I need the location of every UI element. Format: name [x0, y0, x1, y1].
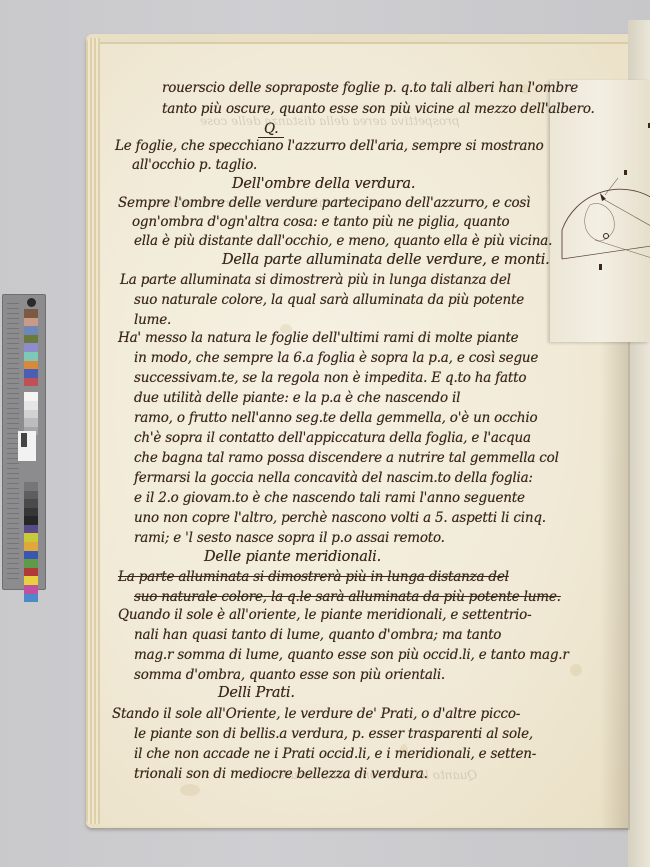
manuscript-line: nali han quasi tanto di lume, quanto d'o…	[134, 627, 501, 643]
manuscript-line: rami; e 'l sesto nasce sopra il p.o assa…	[134, 530, 445, 546]
manuscript-line: Ha' messo la natura le foglie dell'ultim…	[118, 330, 518, 346]
manuscript-line: e il 2.o giovam.to è che nascendo tali r…	[134, 490, 525, 506]
manuscript-line: in modo, che sempre la 6.a foglia è sopr…	[134, 350, 538, 366]
manuscript-line: ogn'ombra d'ogn'altra cosa: e tanto più …	[132, 214, 509, 230]
manuscript-line: ella è più distante dall'occhio, e meno,…	[134, 233, 552, 249]
manuscript-line: Sempre l'ombre delle verdure partecipano…	[118, 195, 530, 211]
manuscript-line: suo naturale colore, la qual sarà allumi…	[134, 292, 524, 308]
manuscript-line: uno non copre l'altro, perchè nascono vo…	[134, 510, 546, 526]
manuscript-line: che bagna tal ramo possa discendere a nu…	[134, 450, 559, 466]
manuscript-line: rouerscio delle sopraposte foglie p. q.t…	[162, 80, 578, 96]
manuscript-line: trionali son di mediocre bellezza di ver…	[134, 766, 428, 782]
manuscript-text: rouerscio delle sopraposte foglie p. q.t…	[0, 0, 650, 867]
manuscript-line: tanto più oscure, quanto esse son più vi…	[162, 101, 595, 117]
manuscript-line: due utilità delle piante: e la p.a è che…	[134, 390, 460, 406]
section-heading: Delli Prati.	[218, 685, 295, 701]
section-heading: Della parte alluminata delle verdure, e …	[222, 252, 550, 268]
section-heading: Delle piante meridionali.	[204, 549, 381, 565]
manuscript-line: La parte alluminata si dimostrerà più in…	[120, 272, 511, 288]
manuscript-line: suo naturale colore, la q.le sarà allumi…	[134, 589, 561, 605]
manuscript-line: somma d'ombra, quanto esse son più orien…	[134, 667, 445, 683]
manuscript-line: fermarsi la goccia nella concavità del n…	[134, 470, 533, 486]
scan-scene: prospettiva aerea della distanza delle c…	[0, 0, 650, 867]
manuscript-line: La parte alluminata si dimostrerà più in…	[118, 569, 509, 585]
manuscript-line: all'occhio p. taglio.	[132, 157, 257, 173]
manuscript-line: Quando il sole è all'oriente, le piante …	[118, 607, 531, 623]
manuscript-line: Stando il sole all'Oriente, le verdure d…	[112, 706, 520, 722]
manuscript-line: Q.	[258, 121, 284, 138]
section-heading: Dell'ombre della verdura.	[232, 176, 415, 192]
manuscript-line: il che non accade ne i Prati occid.li, e…	[134, 746, 536, 762]
manuscript-line: ch'è sopra il contatto dell'appiccatura …	[134, 430, 531, 446]
manuscript-line: mag.r somma di lume, quanto esse son più…	[134, 647, 569, 663]
manuscript-line: ramo, o frutto nell'anno seg.te della ge…	[134, 410, 537, 426]
manuscript-line: Le foglie, che specchiano l'azzurro dell…	[115, 138, 544, 154]
manuscript-line: successivam.te, se la regola non è imped…	[134, 370, 526, 386]
manuscript-line: lume.	[134, 312, 171, 328]
manuscript-line: le piante son di bellis.a verdura, p. es…	[134, 726, 533, 742]
